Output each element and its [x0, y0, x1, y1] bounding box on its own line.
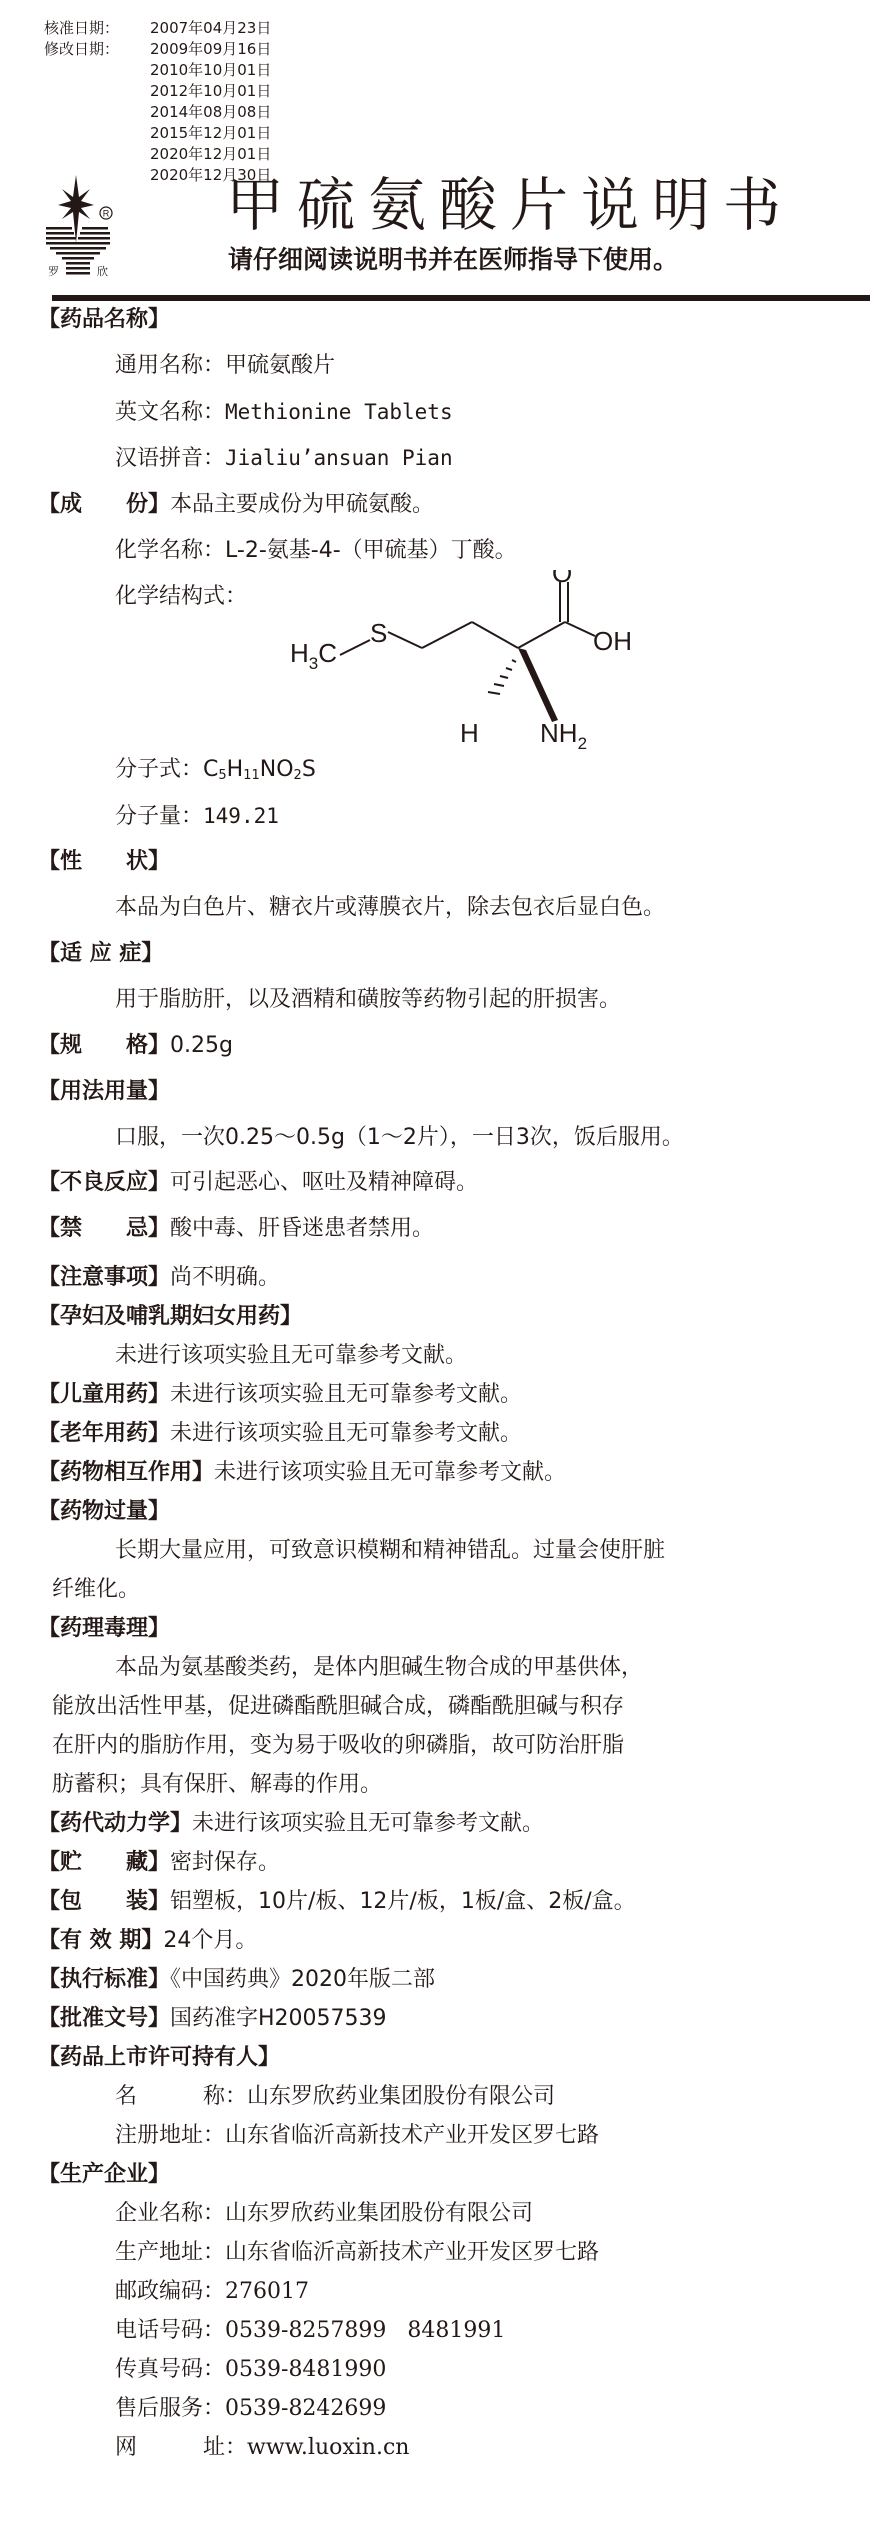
postcode-value: 276017 — [225, 2279, 309, 2304]
fax-label: 传真号码： — [115, 2357, 225, 2382]
english-name-value: Methionine Tablets — [225, 400, 453, 424]
section-heading-description-left: 【性 — [38, 849, 82, 874]
section-heading-spec-right: 格】 — [126, 1033, 170, 1058]
section-heading-spec-left: 【规 — [38, 1033, 82, 1058]
section-heading-standard: 【执行标准】 — [38, 1967, 170, 1992]
section-heading-pk: 【药代动力学】 — [38, 1811, 192, 1836]
chem-name-row: 化学名称：L-2-氨基-4-（甲硫基）丁酸。 — [115, 536, 517, 566]
pinyin-row: 汉语拼音：Jialiu’ansuan Pian — [115, 443, 453, 474]
interactions-text: 未进行该项实验且无可靠参考文献。 — [214, 1460, 566, 1485]
atom-h: H — [460, 718, 479, 748]
website-row: 网址：www.luoxin.cn — [115, 2433, 409, 2463]
mah-name-label-left: 名 — [115, 2084, 137, 2109]
website-label-left: 网 — [115, 2435, 137, 2460]
service-row: 售后服务：0539-8242699 — [115, 2394, 386, 2424]
formula-row: 分子式：C5H11NO2S — [115, 755, 316, 791]
formula-label: 分子式： — [115, 757, 203, 782]
storage-text: 密封保存。 — [170, 1850, 280, 1875]
storage-row: 【贮藏】密封保存。 — [38, 1848, 280, 1878]
pinyin-value: Jialiu’ansuan Pian — [225, 446, 453, 470]
adverse-text: 可引起恶心、呕吐及精神障碍。 — [170, 1170, 478, 1195]
adverse-row: 【不良反应】可引起恶心、呕吐及精神障碍。 — [38, 1168, 478, 1198]
composition-text: 本品主要成份为甲硫氨酸。 — [170, 492, 434, 517]
website-label-right: 址： — [203, 2435, 247, 2460]
service-label: 售后服务： — [115, 2396, 225, 2421]
section-heading-approval: 【批准文号】 — [38, 2006, 170, 2031]
mw-row: 分子量：149.21 — [115, 801, 279, 832]
section-heading-pregnancy: 【孕妇及哺乳期妇女用药】 — [38, 1302, 302, 1332]
composition-row: 【成份】本品主要成份为甲硫氨酸。 — [38, 490, 434, 520]
approval-row: 【批准文号】国药准字H20057539 — [38, 2004, 387, 2034]
geriatric-row: 【老年用药】未进行该项实验且无可靠参考文献。 — [38, 1419, 522, 1449]
contraindications-text: 酸中毒、肝昏迷患者禁用。 — [170, 1216, 434, 1241]
mfr-address-label: 生产地址： — [115, 2240, 225, 2265]
atom-nh2: NH2 — [540, 718, 587, 753]
structure-label: 化学结构式： — [115, 582, 247, 612]
phone-row: 电话号码：0539-8257899 8481991 — [115, 2316, 505, 2346]
section-heading-interactions: 【药物相互作用】 — [38, 1460, 214, 1485]
package-text: 铝塑板，10片/板、12片/板，1板/盒、2板/盒。 — [170, 1889, 636, 1914]
document-body: 【药品名称】 通用名称：甲硫氨酸片 英文名称：Methionine Tablet… — [0, 0, 876, 2522]
generic-name-row: 通用名称：甲硫氨酸片 — [115, 351, 335, 381]
pharmacology-text-line: 本品为氨基酸类药，是体内胆碱生物合成的甲基供体， — [115, 1653, 643, 1683]
geriatric-text: 未进行该项实验且无可靠参考文献。 — [170, 1421, 522, 1446]
chem-name-value: L-2-氨基-4-（甲硫基）丁酸。 — [225, 538, 517, 563]
pregnancy-text: 未进行该项实验且无可靠参考文献。 — [115, 1341, 467, 1371]
section-heading-indications: 【适 应 症】 — [38, 939, 163, 969]
mfr-address-row: 生产地址：山东省临沂高新技术产业开发区罗七路 — [115, 2238, 599, 2268]
section-heading-mah: 【药品上市许可持有人】 — [38, 2043, 280, 2073]
section-heading-package-right: 装】 — [126, 1889, 170, 1914]
mah-address-value: 山东省临沂高新技术产业开发区罗七路 — [225, 2123, 599, 2148]
english-name-row: 英文名称：Methionine Tablets — [115, 397, 453, 428]
mah-address-label: 注册地址： — [115, 2123, 225, 2148]
fax-row: 传真号码：0539-8481990 — [115, 2355, 386, 2385]
mfr-name-row: 企业名称：山东罗欣药业集团股份有限公司 — [115, 2199, 533, 2229]
pk-text: 未进行该项实验且无可靠参考文献。 — [192, 1811, 544, 1836]
mfr-name-label: 企业名称： — [115, 2201, 225, 2226]
pharmacokinetics-row: 【药代动力学】未进行该项实验且无可靠参考文献。 — [38, 1809, 544, 1839]
mw-label: 分子量： — [115, 804, 203, 829]
description-text: 本品为白色片、糖衣片或薄膜衣片，除去包衣后显白色。 — [115, 893, 665, 923]
generic-name-value: 甲硫氨酸片 — [225, 353, 335, 378]
mah-name-value: 山东罗欣药业集团股份有限公司 — [247, 2084, 555, 2109]
postcode-row: 邮政编码：276017 — [115, 2277, 309, 2307]
fax-value: 0539-8481990 — [225, 2357, 386, 2382]
section-heading-storage-left: 【贮 — [38, 1850, 82, 1875]
atom-oh: OH — [593, 626, 632, 656]
chemical-structure-diagram: H3C S O OH H NH2 — [290, 570, 730, 760]
section-heading-manufacturer: 【生产企业】 — [38, 2160, 170, 2190]
atom-s: S — [370, 618, 387, 648]
overdose-text-line: 长期大量应用，可致意识模糊和精神错乱。过量会使肝脏 — [115, 1536, 665, 1566]
pharmacology-text-line: 在肝内的脂肪作用，变为易于吸收的卵磷脂，故可防治肝脂 — [52, 1731, 624, 1761]
mah-address-row: 注册地址：山东省临沂高新技术产业开发区罗七路 — [115, 2121, 599, 2151]
website-link[interactable]: www.luoxin.cn — [247, 2435, 409, 2460]
section-heading-pediatric: 【儿童用药】 — [38, 1382, 170, 1407]
service-value: 0539-8242699 — [225, 2396, 386, 2421]
section-heading-package-left: 【包 — [38, 1889, 82, 1914]
section-heading-contra-right: 忌】 — [126, 1216, 170, 1241]
mah-name-row: 名称：山东罗欣药业集团股份有限公司 — [115, 2082, 555, 2112]
section-heading-contra-left: 【禁 — [38, 1216, 82, 1241]
pinyin-label: 汉语拼音： — [115, 446, 225, 471]
section-heading-expiry: 【有 效 期】 — [38, 1928, 163, 1953]
section-heading-pharmacology: 【药理毒理】 — [38, 1614, 170, 1644]
expiry-text: 24个月。 — [163, 1928, 257, 1953]
pharmacology-text-line: 肪蓄积；具有保肝、解毒的作用。 — [52, 1770, 382, 1800]
contraindications-row: 【禁忌】酸中毒、肝昏迷患者禁用。 — [38, 1214, 434, 1244]
description-heading-row: 【性状】 — [38, 847, 170, 877]
section-heading-dosage: 【用法用量】 — [38, 1077, 170, 1107]
package-row: 【包装】铝塑板，10片/板、12片/板，1板/盒、2板/盒。 — [38, 1887, 636, 1917]
section-heading-description-right: 状】 — [126, 849, 170, 874]
phone-value: 0539-8257899 8481991 — [225, 2318, 505, 2343]
standard-text: 《中国药典》2020年版二部 — [170, 1967, 435, 1992]
dosage-text: 口服，一次0.25～0.5g（1～2片），一日3次，饭后服用。 — [115, 1123, 684, 1153]
section-heading-overdose: 【药物过量】 — [38, 1497, 170, 1527]
specification-row: 【规格】0.25g — [38, 1031, 233, 1061]
indications-text: 用于脂肪肝，以及酒精和磺胺等药物引起的肝损害。 — [115, 985, 621, 1015]
chem-name-label: 化学名称： — [115, 538, 225, 563]
section-heading-composition-left: 【成 — [38, 492, 82, 517]
pediatric-row: 【儿童用药】未进行该项实验且无可靠参考文献。 — [38, 1380, 522, 1410]
overdose-text-line: 纤维化。 — [52, 1575, 140, 1605]
section-heading-drug-name: 【药品名称】 — [38, 305, 170, 335]
pediatric-text: 未进行该项实验且无可靠参考文献。 — [170, 1382, 522, 1407]
postcode-label: 邮政编码： — [115, 2279, 225, 2304]
standard-row: 【执行标准】《中国药典》2020年版二部 — [38, 1965, 435, 1995]
section-heading-storage-right: 藏】 — [126, 1850, 170, 1875]
precautions-text: 尚不明确。 — [170, 1265, 280, 1290]
section-heading-geriatric: 【老年用药】 — [38, 1421, 170, 1446]
mah-name-label-right: 称： — [203, 2084, 247, 2109]
mfr-name-value: 山东罗欣药业集团股份有限公司 — [225, 2201, 533, 2226]
mw-value: 149.21 — [203, 804, 279, 828]
pharmacology-text-line: 能放出活性甲基，促进磷酯酰胆碱合成，磷酯酰胆碱与积存 — [52, 1692, 624, 1722]
section-heading-precautions: 【注意事项】 — [38, 1265, 170, 1290]
formula-value: C5H11NO2S — [203, 757, 316, 782]
section-heading-adverse: 【不良反应】 — [38, 1170, 170, 1195]
expiry-row: 【有 效 期】24个月。 — [38, 1926, 257, 1956]
generic-name-label: 通用名称： — [115, 353, 225, 378]
atom-h3c: H3C — [290, 638, 337, 673]
english-name-label: 英文名称： — [115, 400, 225, 425]
section-heading-composition-right: 份】 — [126, 492, 170, 517]
interactions-row: 【药物相互作用】未进行该项实验且无可靠参考文献。 — [38, 1458, 566, 1488]
mfr-address-value: 山东省临沂高新技术产业开发区罗七路 — [225, 2240, 599, 2265]
phone-label: 电话号码： — [115, 2318, 225, 2343]
atom-o: O — [552, 570, 572, 588]
precautions-row: 【注意事项】尚不明确。 — [38, 1263, 280, 1293]
approval-text: 国药准字H20057539 — [170, 2006, 387, 2031]
specification-text: 0.25g — [170, 1033, 233, 1058]
